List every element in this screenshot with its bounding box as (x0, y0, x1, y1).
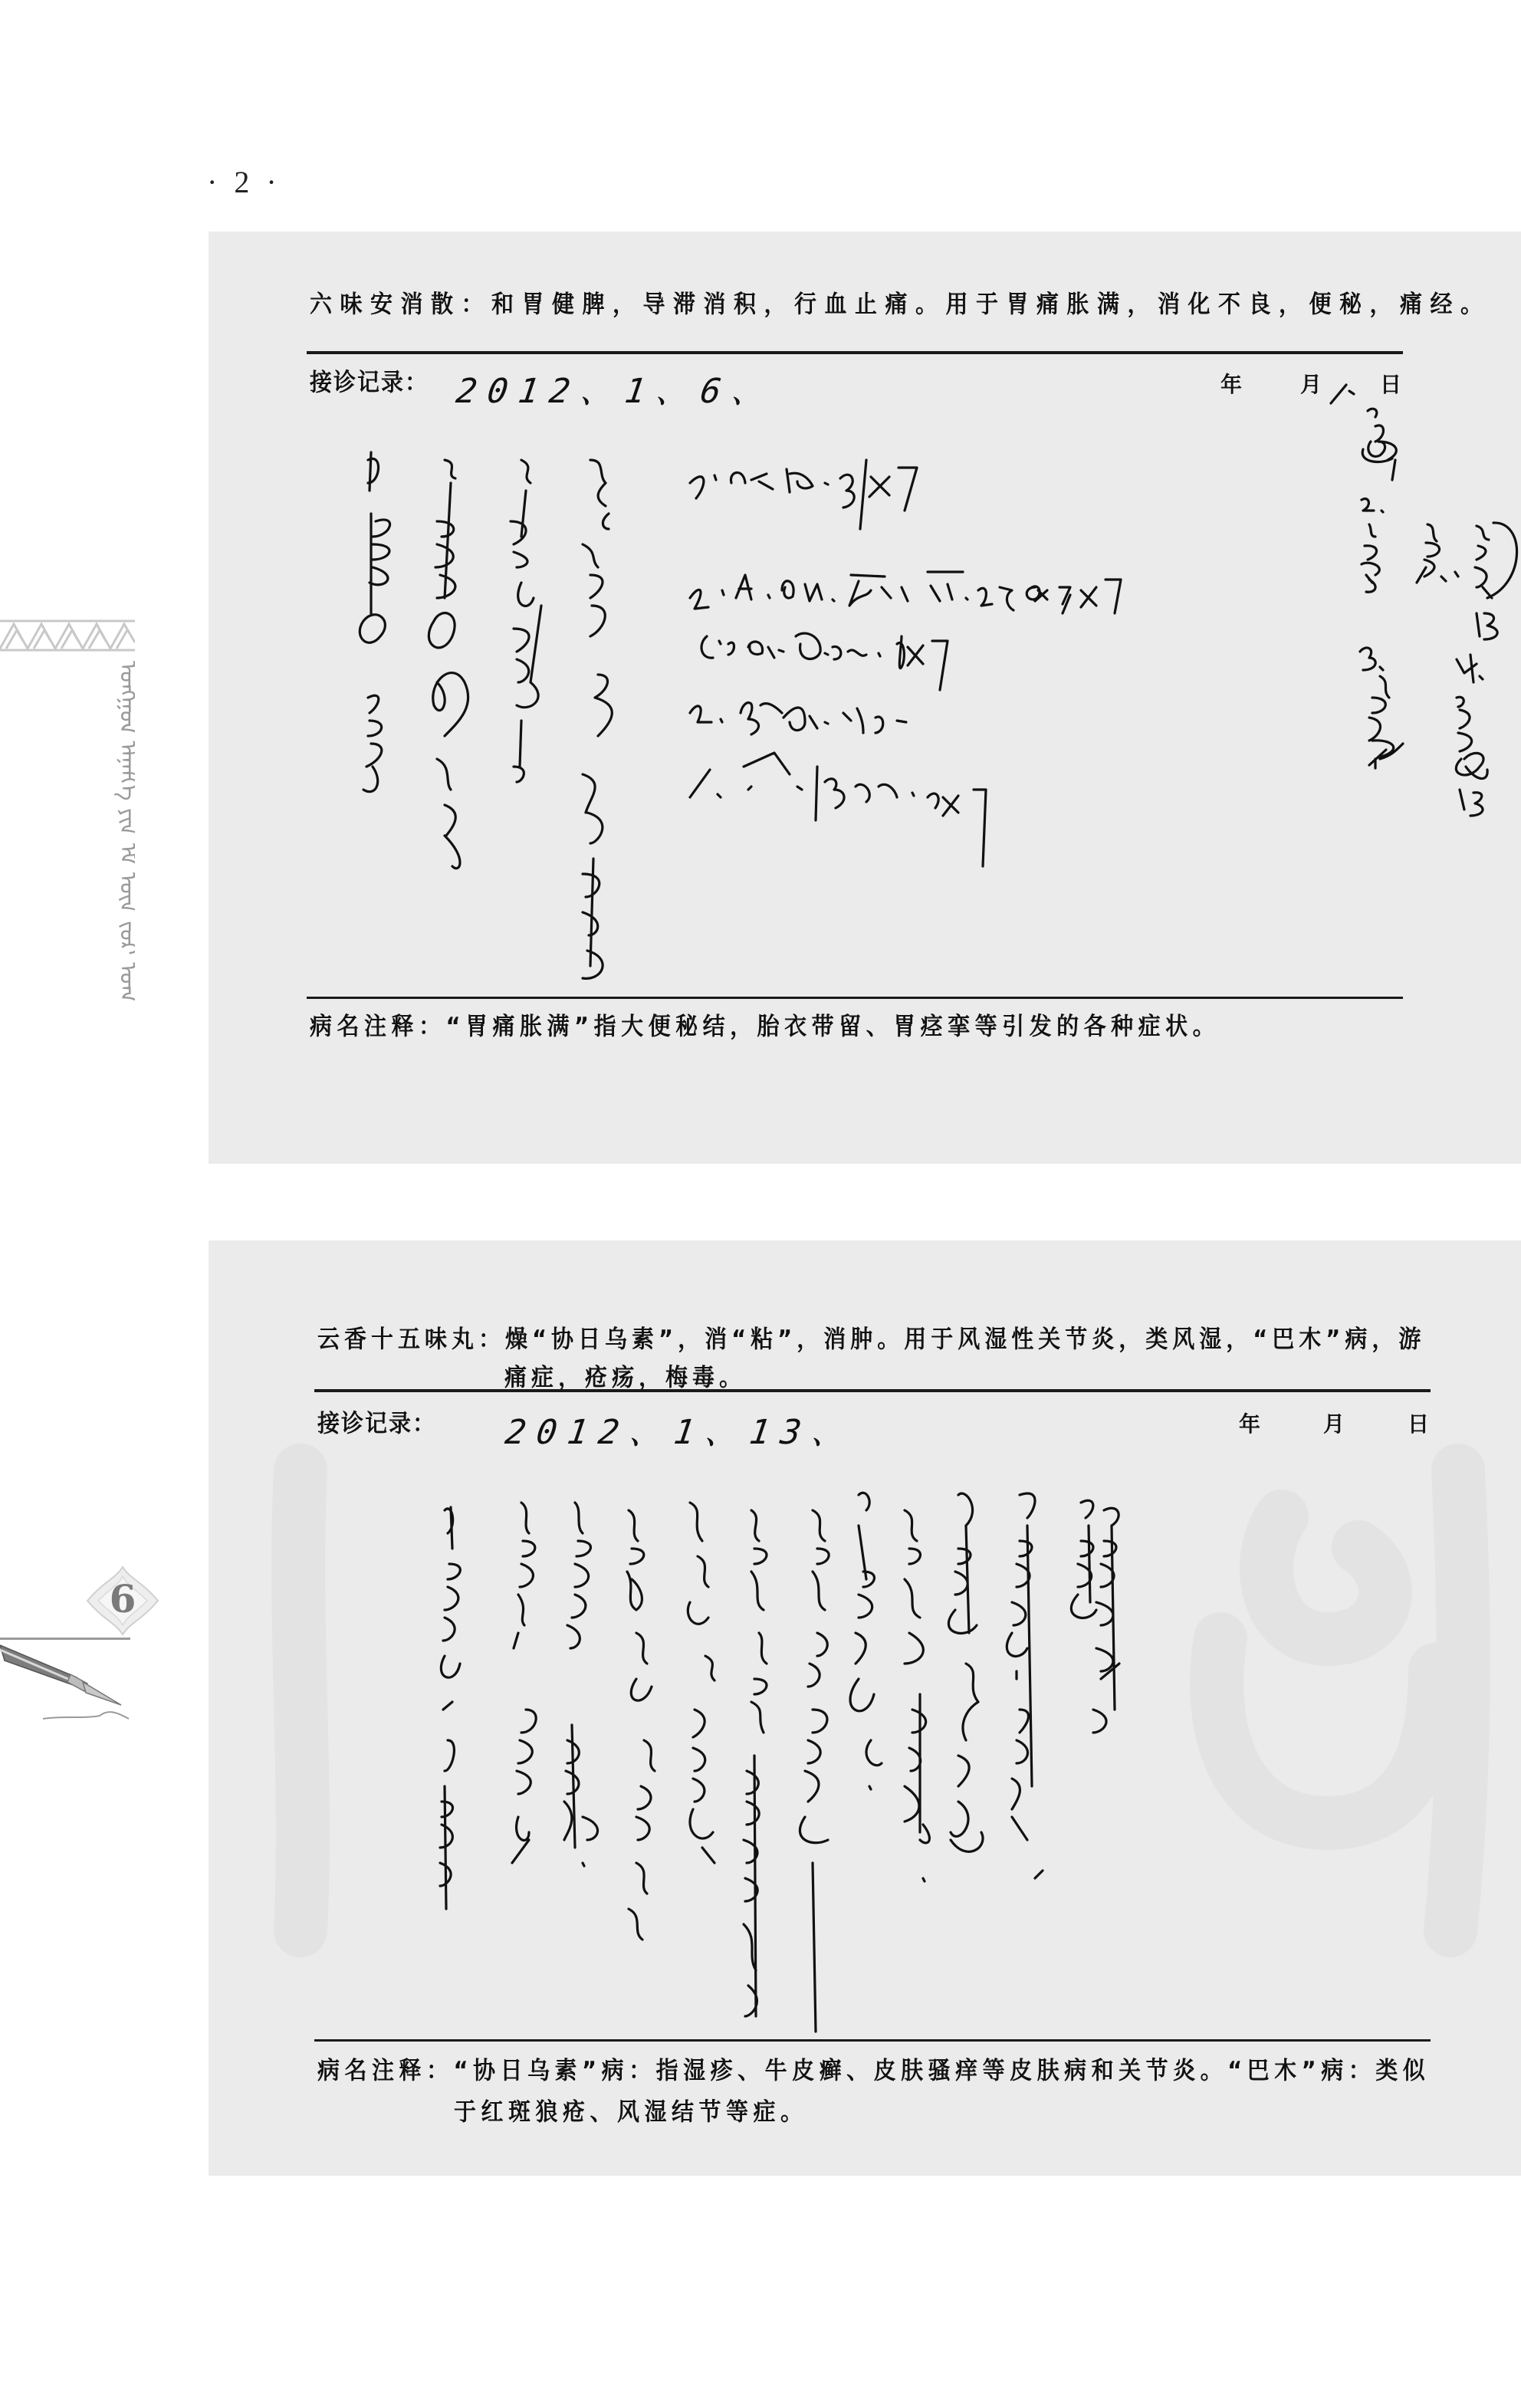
page-number: ·2· (207, 164, 294, 200)
handwritten-notes-columns[interactable] (330, 429, 652, 997)
chapter-badge: 6 (86, 1565, 159, 1636)
notes-divider (307, 997, 1403, 999)
chapter-number: 6 (86, 1576, 159, 1621)
handwritten-notes-columns[interactable] (429, 1480, 1150, 2047)
margin-ornament-band (0, 618, 135, 653)
ornament-pattern-icon (0, 618, 135, 653)
visit-record-label: 接诊记录： (317, 1404, 436, 1438)
margin-notes-handwritten[interactable] (1296, 376, 1521, 1089)
header-divider (307, 351, 1403, 354)
notes-divider (314, 2039, 1431, 2042)
disease-annotation-line-1: 病名注释：“协日乌素”病：指湿疹、牛皮癣、皮肤骚痒等皮肤病和关节炎。“巴木”病：… (317, 2052, 1430, 2085)
formula-header-line-2: 痛症，疮疡，梅毒。 (504, 1358, 746, 1392)
formula-header-line-1: 云香十五味丸：燥“协日乌素”，消“粘”，消肿。用于风湿性关节炎，类风湿，“巴木”… (317, 1320, 1425, 1354)
visit-record-label: 接诊记录： (310, 363, 429, 397)
disease-annotation-line-2: 于红斑狼疮、风湿结节等症。 (454, 2093, 808, 2127)
margin-vertical-title: ᠮᠣᠩᠭᠣᠯ ᠡᠮᠨᠡᠯᠭᠡ ᠶᠢᠨ ᠡᠮ ᠦᠨ ᠵᠤᠷ ᠤᠭ (107, 661, 135, 1565)
disease-annotation: 病名注释：“胃痛胀满”指大便秘结，胎衣带留、胃痉挛等引发的各种症状。 (310, 1007, 1220, 1041)
visit-date-handwritten[interactable]: 2012、1、6、 (454, 363, 780, 412)
prescription-list-handwritten[interactable] (675, 437, 1303, 782)
date-month-label: 月 (1323, 1408, 1345, 1438)
fountain-pen-icon (0, 1639, 138, 1723)
date-day-label: 日 (1408, 1408, 1429, 1438)
date-year-label: 年 (1239, 1408, 1260, 1438)
visit-date-handwritten[interactable]: 2012、1、13、 (503, 1404, 860, 1454)
date-year-label: 年 (1220, 368, 1242, 399)
header-divider (314, 1389, 1431, 1392)
formula-header: 六味安消散：和胃健脾，导滞消积，行血止痛。用于胃痛胀满，消化不良，便秘，痛经。 (310, 285, 1491, 319)
